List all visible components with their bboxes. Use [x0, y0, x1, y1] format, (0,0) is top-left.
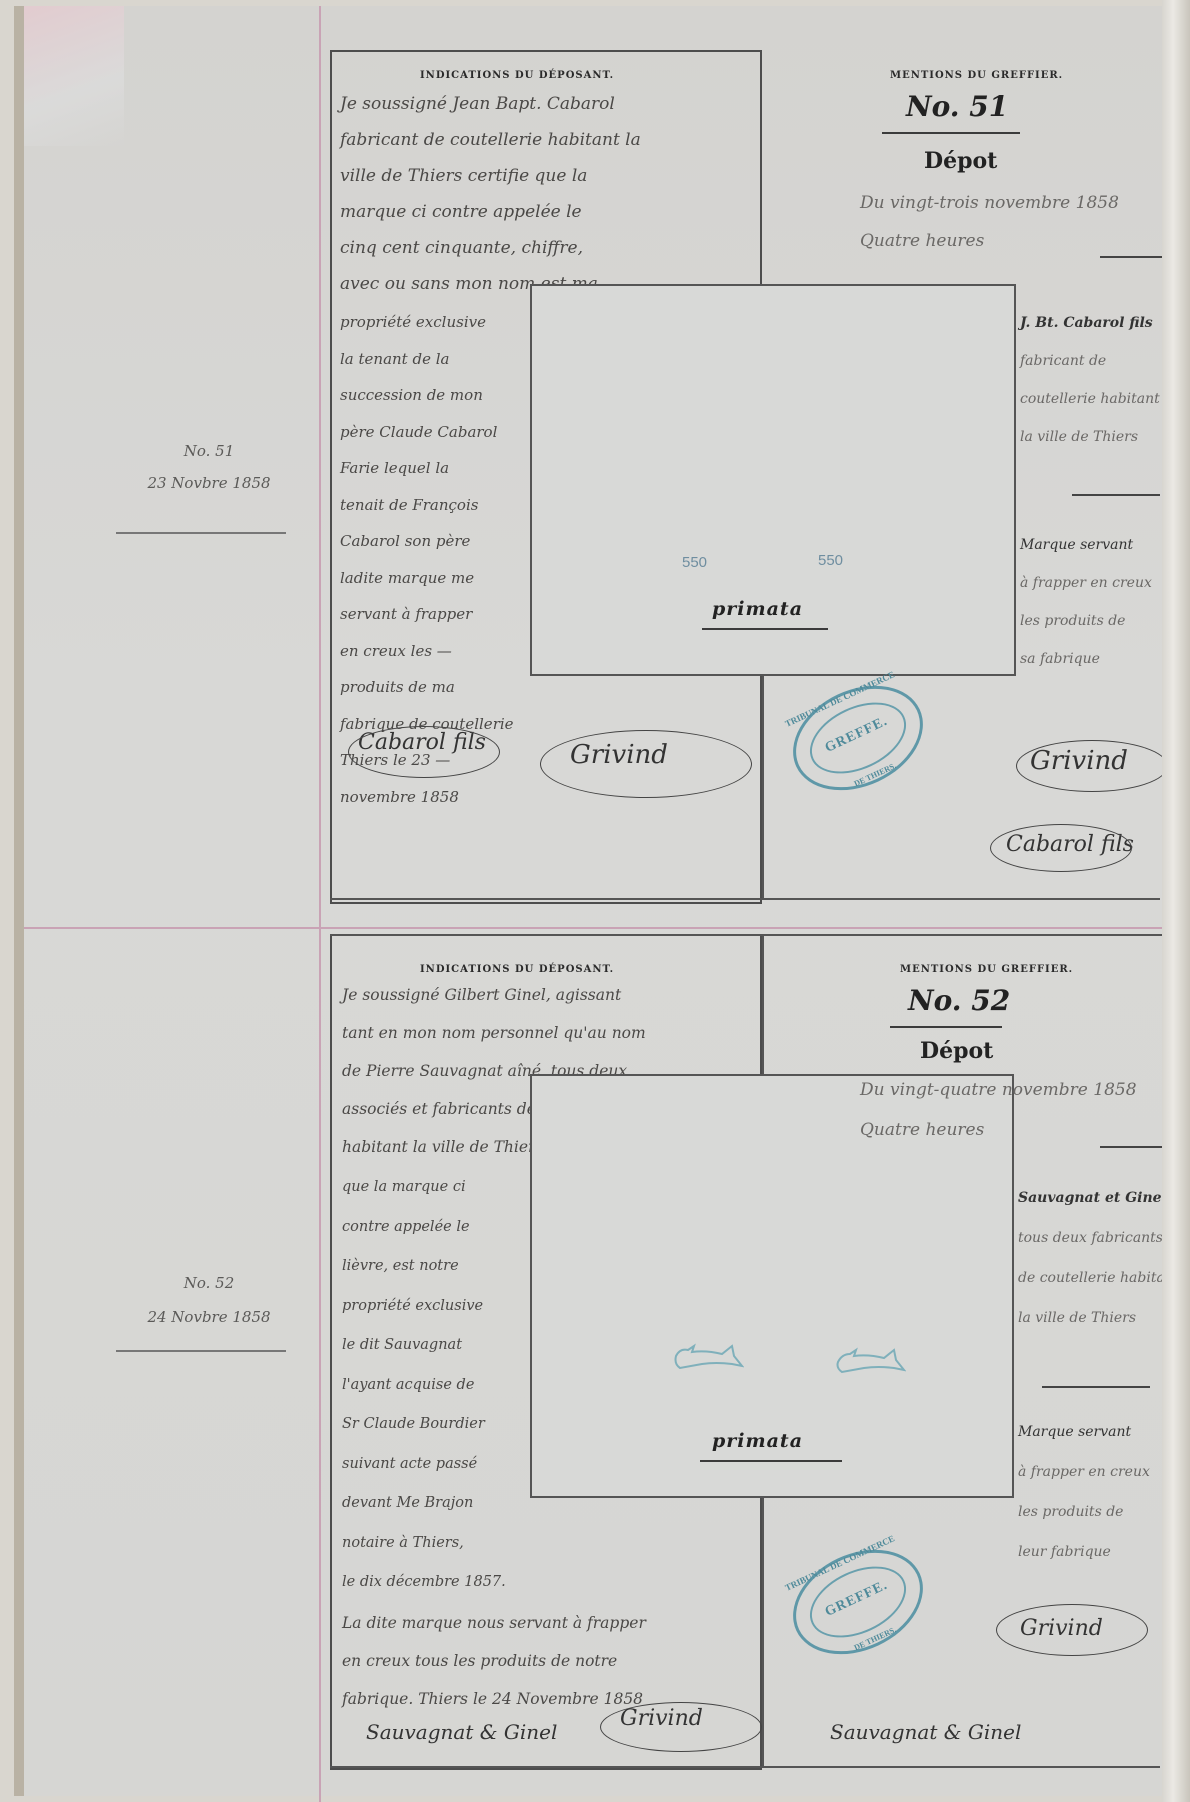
greffier-entry-number: No. 51	[906, 90, 1008, 123]
date-line: Du vingt-quatre novembre 1858	[860, 1070, 1137, 1110]
hare-stamp-icon-left	[672, 1342, 744, 1372]
declaration-line: Farie lequel la	[340, 450, 514, 487]
depositor-line: la ville de Thiers	[1020, 418, 1160, 456]
declaration-line: tant en mon nom personnel qu'au nom	[342, 1014, 646, 1052]
greffier-heading: Mentions du greffier.	[900, 964, 1073, 975]
brand-name: primata	[712, 1430, 803, 1452]
declaration-line: novembre 1858	[340, 779, 514, 816]
declaration-line: notaire à Thiers,	[342, 1524, 506, 1564]
declaration-line: produits de ma	[340, 669, 514, 706]
margin-rule-horizontal	[24, 927, 1174, 929]
declaration-line: que la marque ci	[342, 1168, 506, 1208]
date-line: Du vingt-trois novembre 1858	[860, 184, 1119, 222]
upper-column-divider	[762, 934, 764, 1074]
declaration-line: fabricant de coutellerie habitant la	[340, 122, 641, 158]
declaration-line: propriété exclusive	[342, 1287, 506, 1327]
declaration-line: en creux les —	[340, 633, 514, 670]
mark-usage: Marque servant à frapper en creux les pr…	[1020, 526, 1152, 678]
signature-flourish	[996, 1604, 1148, 1656]
deposit-date: Du vingt-trois novembre 1858 Quatre heur…	[860, 184, 1119, 260]
depositor-name: Sauvagnat et Ginel	[1018, 1178, 1179, 1218]
declaration-line: contre appelée le	[342, 1208, 506, 1248]
depositor-line: coutellerie habitant	[1020, 380, 1160, 418]
mark-usage: Marque servant à frapper en creux les pr…	[1018, 1412, 1150, 1572]
hare-stamp-icon-right	[834, 1346, 906, 1376]
number-underline	[890, 1026, 1002, 1028]
declaration-line: tenait de François	[340, 487, 514, 524]
depositor-line: de coutellerie habitant	[1018, 1258, 1179, 1298]
declaration-line: le dit Sauvagnat	[342, 1326, 506, 1366]
mark-stamp-550-left: 550	[682, 554, 707, 571]
declaration-line: cinq cent cinquante, chiffre,	[340, 230, 641, 266]
section-rule	[1072, 494, 1160, 496]
tribunal-seal: TRIBUNAL DE COMMERCE GREFFE. DE THIERS.	[776, 666, 940, 810]
entry-bottom-rule	[330, 1766, 1160, 1768]
brand-underline	[700, 1460, 842, 1462]
depositor-line: fabricant de	[1020, 342, 1160, 380]
depositor-signature: Sauvagnat & Ginel	[366, 1720, 557, 1744]
signature-flourish	[348, 726, 500, 778]
declaration-line: ville de Thiers certifie que la	[340, 158, 641, 194]
margin-rule-vertical	[319, 6, 321, 1802]
declaration-line: suivant acte passé	[342, 1445, 506, 1485]
number-underline	[882, 132, 1020, 134]
deposant-declaration-narrow: que la marque ci contre appelée le lièvr…	[342, 1168, 506, 1603]
brand-name: primata	[712, 598, 803, 620]
declaration-line: propriété exclusive	[340, 304, 514, 341]
declaration-line: fabrique. Thiers le 24 Novembre 1858	[342, 1680, 646, 1718]
deposant-heading: Indications du déposant.	[420, 70, 614, 81]
declaration-line: la tenant de la	[340, 341, 514, 378]
deposant-heading: Indications du déposant.	[420, 964, 614, 975]
depositor-name: J. Bt. Cabarol fils	[1020, 304, 1160, 342]
brand-underline	[702, 628, 828, 630]
trademark-impression-box: 550 550 primata	[530, 284, 1016, 676]
declaration-line: lièvre, est notre	[342, 1247, 506, 1287]
declaration-line: le dix décembre 1857.	[342, 1563, 506, 1603]
signature-flourish	[990, 824, 1132, 872]
entry-51: Indications du déposant. Mentions du gre…	[330, 50, 1180, 900]
section-rule	[1042, 1386, 1150, 1388]
usage-line: les produits de	[1020, 602, 1152, 640]
register-page: No. 51 23 Novbre 1858 Indications du dép…	[14, 6, 1174, 1796]
torn-corner	[24, 6, 124, 146]
depositor-description: Sauvagnat et Ginel tous deux fabricants …	[1018, 1178, 1179, 1338]
entry-bottom-rule	[330, 898, 1160, 900]
signature-flourish	[1016, 740, 1168, 792]
usage-line: les produits de	[1018, 1492, 1150, 1532]
declaration-line: servant à frapper	[340, 596, 514, 633]
deposant-declaration: Je soussigné Jean Bapt. Cabarol fabrican…	[340, 86, 641, 302]
margin-underline	[116, 532, 286, 534]
declaration-line: Cabarol son père	[340, 523, 514, 560]
declaration-line: Sr Claude Bourdier	[342, 1405, 506, 1445]
usage-line: à frapper en creux	[1020, 564, 1152, 602]
usage-line: Marque servant	[1018, 1412, 1150, 1452]
lower-column-divider	[762, 672, 764, 900]
usage-line: à frapper en creux	[1018, 1452, 1150, 1492]
depositor-line: tous deux fabricants	[1018, 1218, 1179, 1258]
declaration-line: ladite marque me	[340, 560, 514, 597]
declaration-line: succession de mon	[340, 377, 514, 414]
declaration-line: devant Me Brajon	[342, 1484, 506, 1524]
depositor-line: la ville de Thiers	[1018, 1298, 1179, 1338]
lower-column-divider	[762, 1494, 764, 1766]
usage-line: sa fabrique	[1020, 640, 1152, 678]
usage-line: Marque servant	[1020, 526, 1152, 564]
tribunal-seal: TRIBUNAL DE COMMERCE GREFFE. DE THIERS.	[776, 1530, 940, 1674]
time-line: Quatre heures	[860, 222, 1119, 260]
declaration-line: l'ayant acquise de	[342, 1366, 506, 1406]
margin-date: 23 Novbre 1858	[114, 468, 304, 498]
greffier-entry-number: No. 52	[908, 984, 1010, 1017]
depositor-signature-right: Sauvagnat & Ginel	[830, 1720, 1021, 1744]
declaration-line: La dite marque nous servant à frapper	[342, 1604, 646, 1642]
margin-number: No. 52	[114, 1268, 304, 1298]
time-line: Quatre heures	[860, 1110, 1137, 1150]
depot-title: Dépot	[920, 1038, 993, 1064]
declaration-line: marque ci contre appelée le	[340, 194, 641, 230]
depositor-description: J. Bt. Cabarol fils fabricant de coutell…	[1020, 304, 1160, 456]
margin-date: 24 Novbre 1858	[114, 1302, 304, 1332]
usage-line: leur fabrique	[1018, 1532, 1150, 1572]
declaration-line: père Claude Cabarol	[340, 414, 514, 451]
deposant-declaration-closing: La dite marque nous servant à frapper en…	[342, 1604, 646, 1718]
signature-flourish	[540, 730, 752, 798]
signature-flourish	[600, 1702, 762, 1752]
entry-top-rule	[330, 934, 1180, 936]
entry-52: Indications du déposant. Mentions du gre…	[330, 934, 1180, 1774]
mark-stamp-550-right: 550	[818, 552, 843, 569]
margin-underline	[116, 1350, 286, 1352]
declaration-line: Je soussigné Gilbert Ginel, agissant	[342, 976, 646, 1014]
depot-title: Dépot	[924, 148, 997, 174]
declaration-line: en creux tous les produits de notre	[342, 1642, 646, 1680]
page-stack-edge	[1162, 0, 1190, 1802]
greffier-heading: Mentions du greffier.	[890, 70, 1063, 81]
deposit-date: Du vingt-quatre novembre 1858 Quatre heu…	[860, 1070, 1137, 1150]
margin-number: No. 51	[114, 436, 304, 466]
declaration-line: Je soussigné Jean Bapt. Cabarol	[340, 86, 641, 122]
